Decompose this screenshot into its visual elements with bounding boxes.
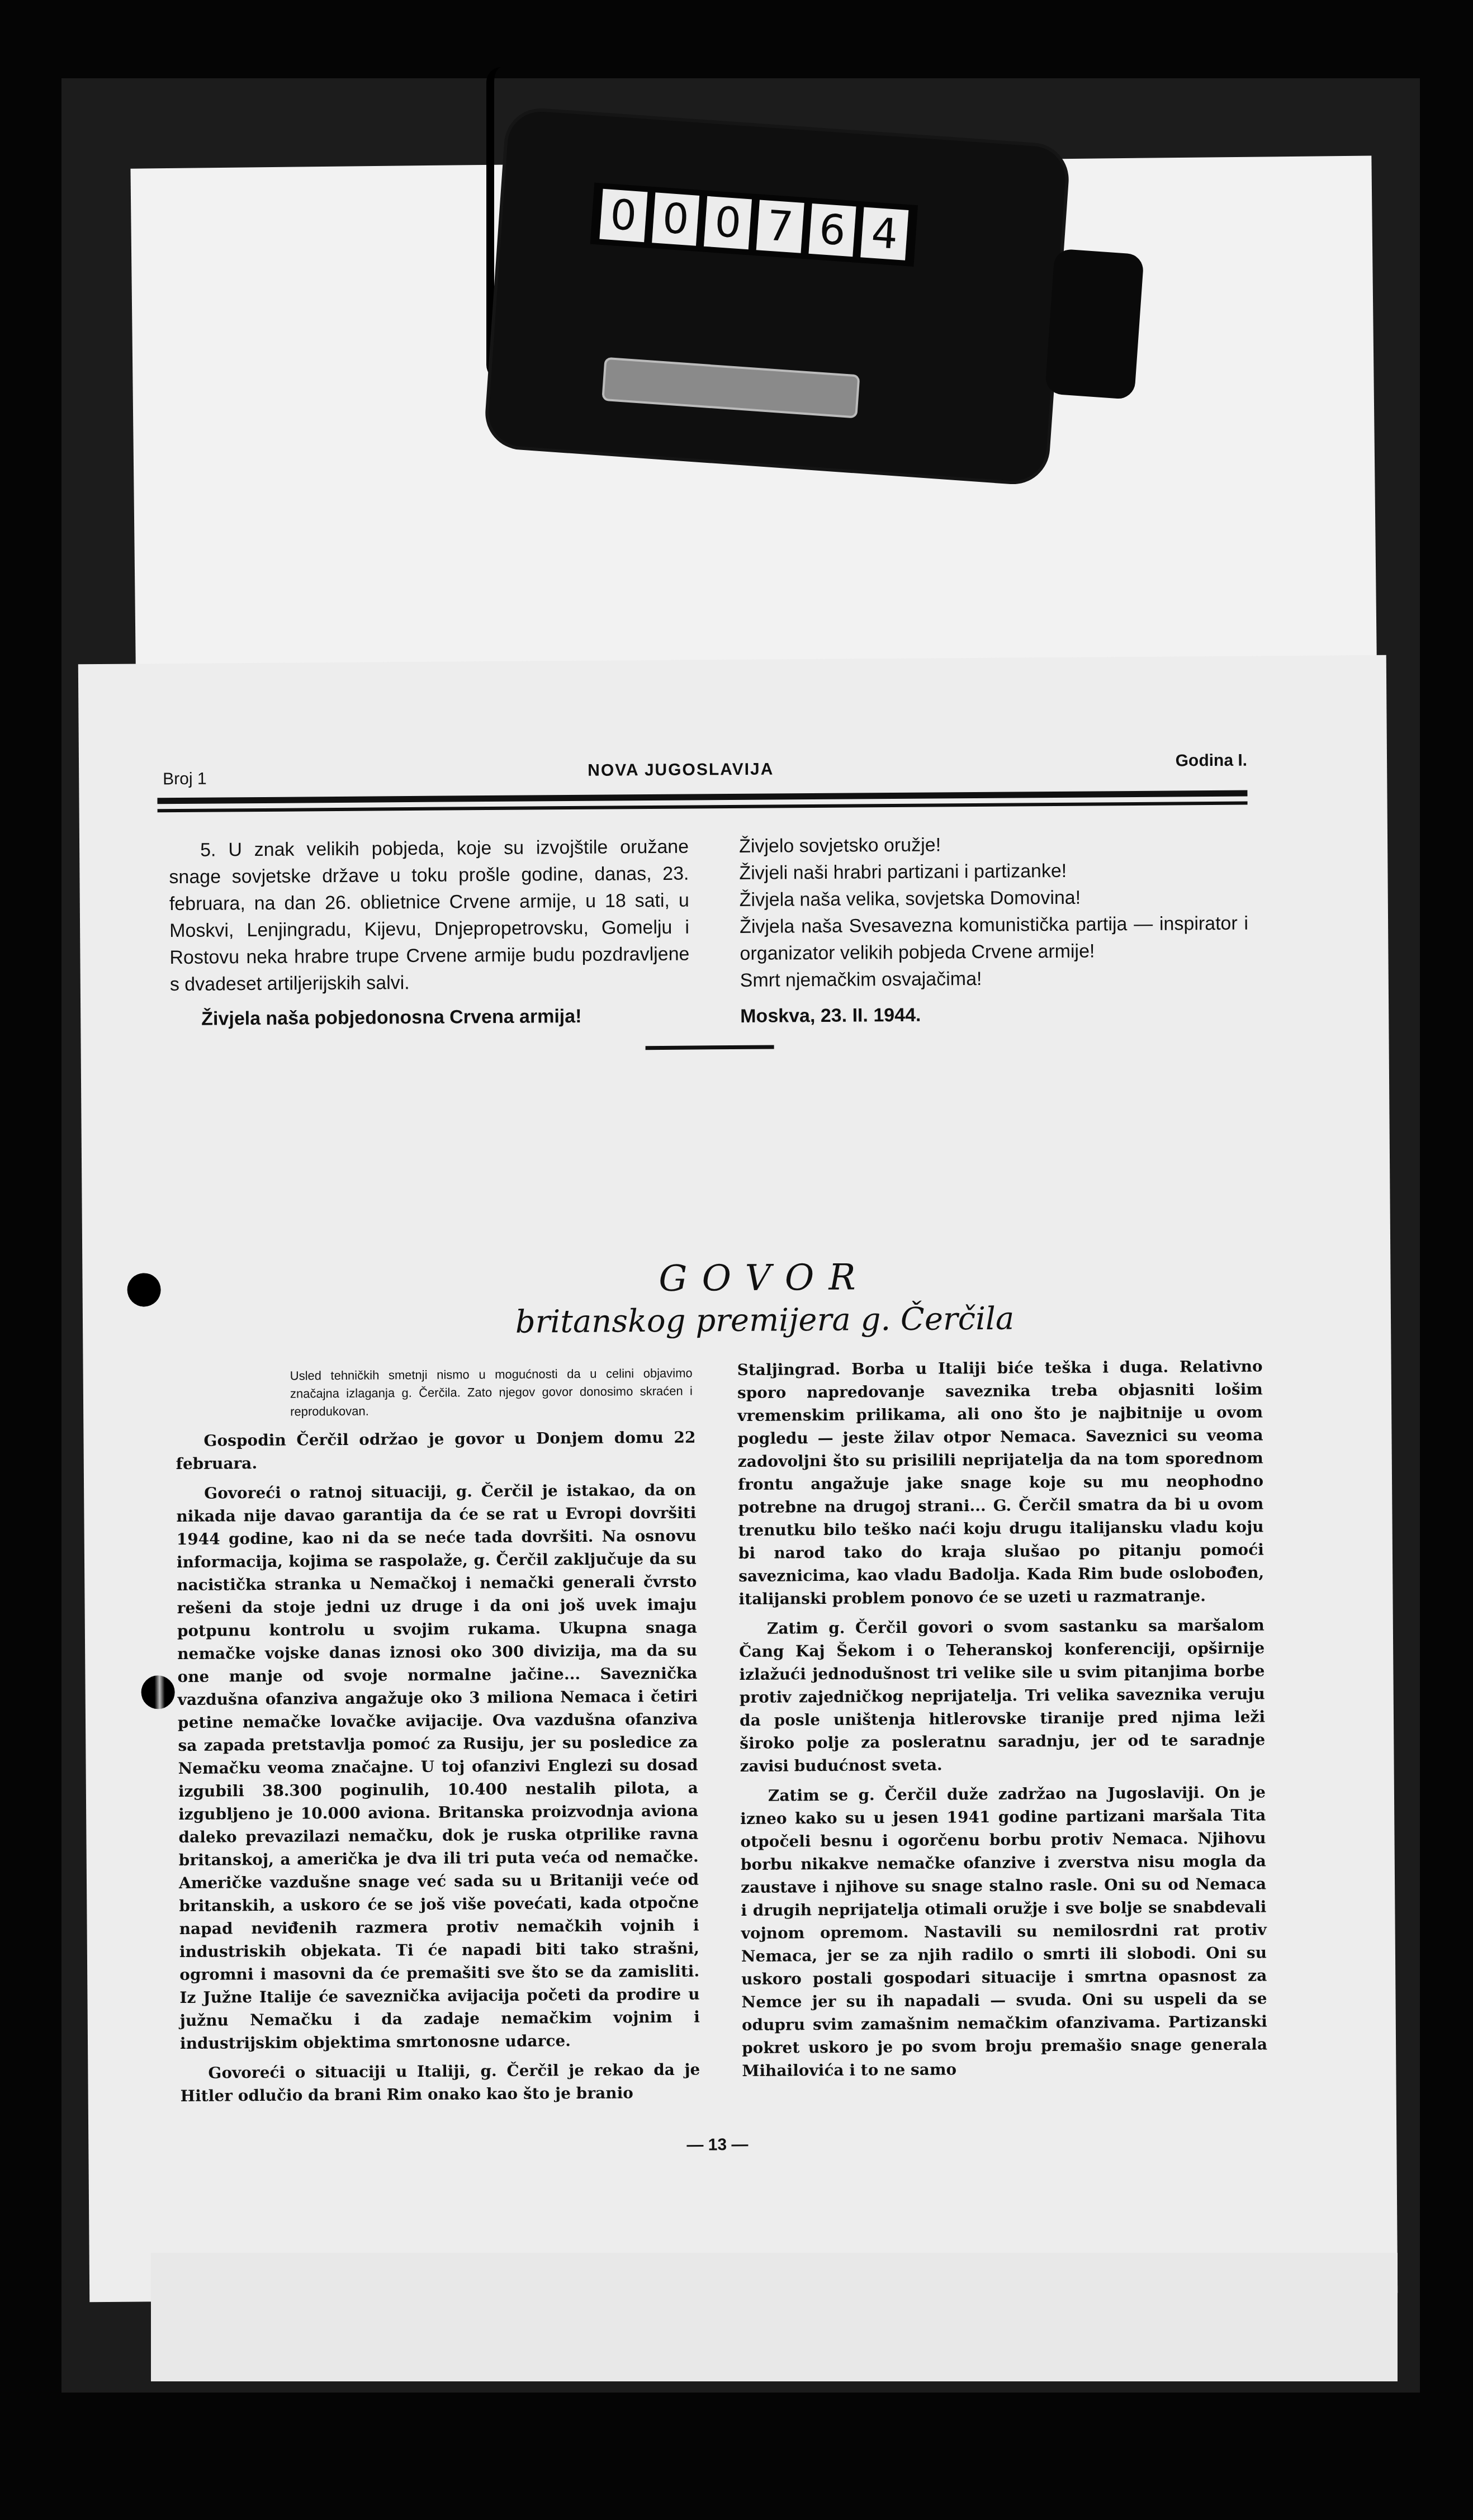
- counter-nameplate: [601, 357, 860, 419]
- editor-note: Usled tehničkih smetnji nismo u mogućnos…: [290, 1365, 693, 1421]
- slogan: Živjela naša pobjedonosna Crvena armija!: [170, 1002, 690, 1032]
- article-paragraph: Zatim se g. Čerčil duže zadržao na Jugos…: [740, 1780, 1268, 2082]
- slogan: Živjelo sovjetsko oružje!: [739, 830, 1248, 860]
- article-paragraph: Govoreći o ratnoj situaciji, g. Čerčil j…: [176, 1479, 700, 2055]
- frame-counter-device: 0 0 0 7 6 4: [486, 110, 1067, 483]
- article-right-column: Staljingrad. Borba u Italiji biće teška …: [737, 1354, 1267, 2089]
- article-paragraph: Gospodin Čerčil održao je govor u Donjem…: [176, 1426, 696, 1475]
- article-paragraph: Govoreći o situaciji u Italiji, g. Čerči…: [180, 2058, 700, 2107]
- article-paragraph: Staljingrad. Borba u Italiji biće teška …: [737, 1354, 1264, 1610]
- publication-title: NOVA JUGOSLAVIJA: [588, 760, 774, 780]
- underlying-sheet: [151, 2253, 1398, 2381]
- page-number: — 13 —: [686, 2135, 748, 2155]
- slogan: Živjela naša Svesavezna komunistička par…: [740, 910, 1249, 967]
- counter-digit: 7: [756, 200, 804, 253]
- section-divider: [646, 1045, 774, 1050]
- slogans-column: Živjelo sovjetsko oružje! Živjeli naši h…: [739, 830, 1249, 1030]
- header-rule-thick: [157, 790, 1247, 804]
- header-rule-thin: [158, 802, 1248, 813]
- order-paragraph: 5. U znak velikih pobjeda, koje su izvoj…: [169, 833, 690, 998]
- slogan: Živjeli naši hrabri partizani i partizan…: [739, 856, 1248, 887]
- page-header: Broj 1 NOVA JUGOSLAVIJA Godina I.: [163, 762, 1247, 770]
- counter-digit: 4: [861, 207, 909, 260]
- slogan: Smrt njemačkim osvajačima!: [740, 964, 1249, 994]
- punch-hole: [127, 1273, 160, 1306]
- article-paragraph: Zatim g. Čerčil govori o svom sastanku s…: [739, 1613, 1266, 1778]
- counter-digit: 6: [808, 203, 856, 257]
- dateline: Moskva, 23. II. 1944.: [740, 1000, 1249, 1030]
- issue-number: Broj 1: [163, 770, 207, 789]
- publication-year: Godina I.: [1176, 751, 1248, 771]
- order-paragraph-column: 5. U znak velikih pobjeda, koje su izvoj…: [169, 833, 690, 1040]
- counter-digit: 0: [704, 196, 752, 249]
- frame-counter-display: 0 0 0 7 6 4: [590, 183, 918, 267]
- counter-digit: 0: [652, 192, 700, 245]
- article-title: GOVOR: [138, 1253, 1390, 1304]
- counter-digit: 0: [599, 189, 647, 242]
- article-headline: GOVOR britanskog premijera g. Čerčila: [82, 1253, 1391, 1343]
- article-subtitle: britanskog premijera g. Čerčila: [139, 1298, 1391, 1343]
- punch-hole: [141, 1675, 174, 1709]
- article-left-column: Gospodin Čerčil održao je govor u Donjem…: [176, 1426, 700, 2114]
- newspaper-page: Broj 1 NOVA JUGOSLAVIJA Godina I. 5. U z…: [78, 655, 1398, 2302]
- slogan: Živjela naša velika, sovjetska Domovina!: [740, 883, 1248, 913]
- counter-knob: [1045, 248, 1144, 400]
